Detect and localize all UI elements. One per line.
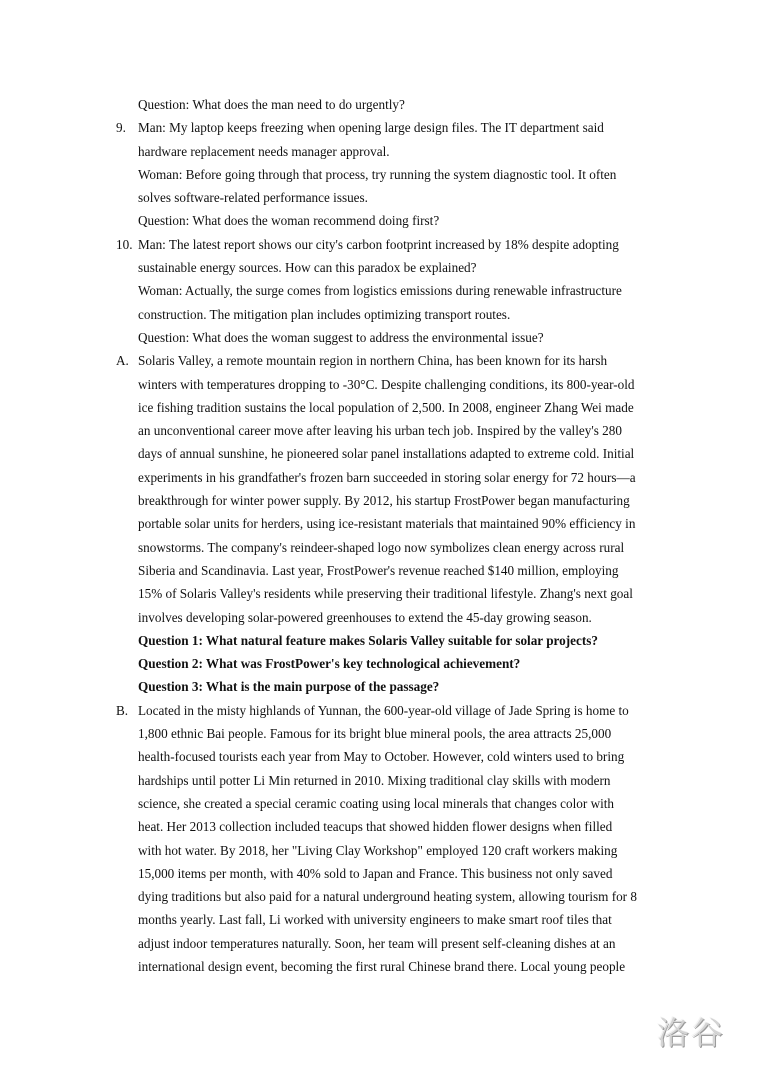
line-text: hardware replacement needs manager appro… <box>138 140 390 163</box>
line-text: Woman: Before going through that process… <box>138 163 616 186</box>
line-text: Man: The latest report shows our city's … <box>138 233 619 256</box>
text-line: involves developing solar-powered greenh… <box>0 606 764 629</box>
list-item-start-line: A.Solaris Valley, a remote mountain regi… <box>0 349 764 372</box>
text-line: Question: What does the man need to do u… <box>0 93 764 116</box>
line-text: health-focused tourists each year from M… <box>138 745 624 768</box>
line-text: experiments in his grandfather's frozen … <box>138 466 636 489</box>
text-line: health-focused tourists each year from M… <box>0 745 764 768</box>
text-line: Woman: Before going through that process… <box>0 163 764 186</box>
text-line: days of annual sunshine, he pioneered so… <box>0 442 764 465</box>
line-text: Question: What does the woman suggest to… <box>138 326 544 349</box>
list-item-start-line: 9.Man: My laptop keeps freezing when ope… <box>0 116 764 139</box>
question-line: Question 1: What natural feature makes S… <box>0 629 764 652</box>
line-text: with hot water. By 2018, her "Living Cla… <box>138 839 617 862</box>
text-line: international design event, becoming the… <box>0 955 764 978</box>
text-line: construction. The mitigation plan includ… <box>0 303 764 326</box>
line-text: breakthrough for winter power supply. By… <box>138 489 630 512</box>
text-line: portable solar units for herders, using … <box>0 512 764 535</box>
line-text: snowstorms. The company's reindeer-shape… <box>138 536 624 559</box>
list-marker: 9. <box>116 116 126 139</box>
line-text: 15% of Solaris Valley's residents while … <box>138 582 633 605</box>
text-line: winters with temperatures dropping to -3… <box>0 373 764 396</box>
line-text: adjust indoor temperatures naturally. So… <box>138 932 615 955</box>
text-line: 15% of Solaris Valley's residents while … <box>0 582 764 605</box>
line-text: heat. Her 2013 collection included teacu… <box>138 815 612 838</box>
line-text: Question 1: What natural feature makes S… <box>138 629 598 652</box>
text-line: ice fishing tradition sustains the local… <box>0 396 764 419</box>
line-text: Located in the misty highlands of Yunnan… <box>138 699 629 722</box>
line-text: construction. The mitigation plan includ… <box>138 303 510 326</box>
text-line: science, she created a special ceramic c… <box>0 792 764 815</box>
text-line: snowstorms. The company's reindeer-shape… <box>0 536 764 559</box>
line-text: dying traditions but also paid for a nat… <box>138 885 637 908</box>
line-text: days of annual sunshine, he pioneered so… <box>138 442 634 465</box>
list-marker: B. <box>116 699 128 722</box>
text-line: adjust indoor temperatures naturally. So… <box>0 932 764 955</box>
line-text: 15,000 items per month, with 40% sold to… <box>138 862 612 885</box>
text-line: heat. Her 2013 collection included teacu… <box>0 815 764 838</box>
line-text: Solaris Valley, a remote mountain region… <box>138 349 607 372</box>
line-text: international design event, becoming the… <box>138 955 625 978</box>
text-line: 15,000 items per month, with 40% sold to… <box>0 862 764 885</box>
text-line: hardships until potter Li Min returned i… <box>0 769 764 792</box>
text-line: with hot water. By 2018, her "Living Cla… <box>0 839 764 862</box>
text-line: experiments in his grandfather's frozen … <box>0 466 764 489</box>
line-text: sustainable energy sources. How can this… <box>138 256 477 279</box>
text-line: hardware replacement needs manager appro… <box>0 140 764 163</box>
text-line: an unconventional career move after leav… <box>0 419 764 442</box>
list-item-start-line: B.Located in the misty highlands of Yunn… <box>0 699 764 722</box>
text-line: months yearly. Last fall, Li worked with… <box>0 908 764 931</box>
line-text: an unconventional career move after leav… <box>138 419 622 442</box>
luogu-watermark-logo: 洛谷 <box>657 1008 725 1054</box>
line-text: Man: My laptop keeps freezing when openi… <box>138 116 604 139</box>
line-text: Question: What does the woman recommend … <box>138 209 439 232</box>
list-item-start-line: 10.Man: The latest report shows our city… <box>0 233 764 256</box>
line-text: ice fishing tradition sustains the local… <box>138 396 634 419</box>
text-line: Question: What does the woman suggest to… <box>0 326 764 349</box>
line-text: hardships until potter Li Min returned i… <box>138 769 611 792</box>
document-page: Question: What does the man need to do u… <box>0 93 764 978</box>
line-text: portable solar units for herders, using … <box>138 512 635 535</box>
question-line: Question 3: What is the main purpose of … <box>0 675 764 698</box>
text-line: 1,800 ethnic Bai people. Famous for its … <box>0 722 764 745</box>
line-text: science, she created a special ceramic c… <box>138 792 614 815</box>
line-text: winters with temperatures dropping to -3… <box>138 373 635 396</box>
text-line: sustainable energy sources. How can this… <box>0 256 764 279</box>
line-text: months yearly. Last fall, Li worked with… <box>138 908 612 931</box>
line-text: Question 2: What was FrostPower's key te… <box>138 652 520 675</box>
text-line: solves software-related performance issu… <box>0 186 764 209</box>
line-text: involves developing solar-powered greenh… <box>138 606 592 629</box>
line-text: solves software-related performance issu… <box>138 186 368 209</box>
question-line: Question 2: What was FrostPower's key te… <box>0 652 764 675</box>
line-text: Question: What does the man need to do u… <box>138 93 405 116</box>
line-text: Siberia and Scandinavia. Last year, Fros… <box>138 559 619 582</box>
line-text: Woman: Actually, the surge comes from lo… <box>138 279 622 302</box>
text-line: Siberia and Scandinavia. Last year, Fros… <box>0 559 764 582</box>
text-line: breakthrough for winter power supply. By… <box>0 489 764 512</box>
list-marker: 10. <box>116 233 132 256</box>
text-line: dying traditions but also paid for a nat… <box>0 885 764 908</box>
line-text: 1,800 ethnic Bai people. Famous for its … <box>138 722 611 745</box>
line-text: Question 3: What is the main purpose of … <box>138 675 439 698</box>
list-marker: A. <box>116 349 129 372</box>
text-line: Woman: Actually, the surge comes from lo… <box>0 279 764 302</box>
text-line: Question: What does the woman recommend … <box>0 209 764 232</box>
